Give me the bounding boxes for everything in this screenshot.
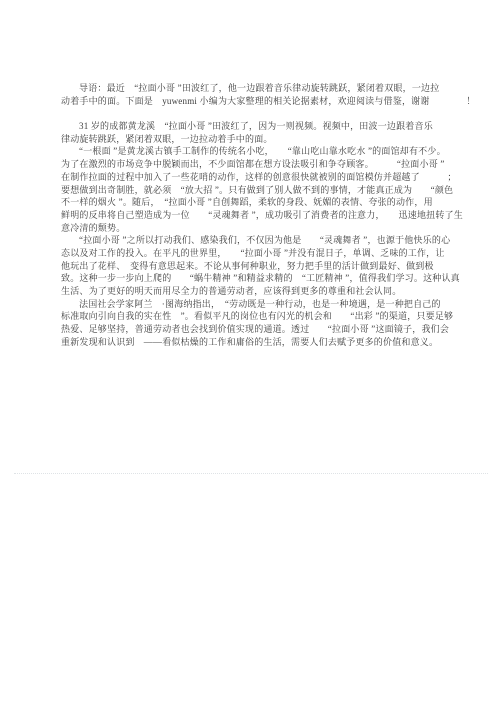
document-body: 导语：最近 “拉面小哥 ”田波红了，他一边跟着音乐律动旋转跳跃，紧闭着双眼，一边…	[61, 82, 441, 348]
paragraph: 法国社会学家阿兰 ·图海纳指出， “劳动既是一种行动，也是一种境遇，是一种把自己…	[61, 298, 441, 349]
paragraph: 31 岁的成都黄龙溪 “拉面小哥 ”田波红了，因为一则视频。视频中，田波一边跟着…	[61, 120, 441, 145]
text-line: “拉面小哥 ”之所以打动我们、感染我们，不仅因为他是 “灵魂舞者 ”，也源于他快…	[61, 234, 441, 247]
text-line: 为了在激烈的市场竞争中脱颖而出，不少面馆都在想方设法吸引和争夺顾客。 “拉面小哥…	[61, 158, 441, 171]
text-line: 要想做到出奇制胜，就必须 “放大招 ”。只有做到了别人做不到的事情，才能真正成为…	[61, 184, 441, 197]
text-line: 动着手中的面。下面是 yuwenmi 小编为大家整理的相关论据素材，欢迎阅读与借…	[61, 95, 441, 108]
paragraph: “一根面 ”是黄龙溪古镇手工制作的传统名小吃， “靠山吃山靠水吃水 ”的面馆却有…	[61, 145, 441, 234]
text-line: 致。这种一步一步向上爬的 “蜗牛精神 ”和精益求精的 “工匠精神 ”，值得我们学…	[61, 272, 441, 285]
text-line: 鲜明的反串将自己塑造成为一位 “灵魂舞者 ”，成功吸引了消费者的注意力， 迅速地…	[61, 209, 441, 222]
text-line: 意冷清的颓势。	[61, 222, 441, 235]
text-line: 他玩出了花样、 变得有意思起来。不论从事何种职业，努力把手里的活计做到最好、做到…	[61, 260, 441, 273]
text-line: 态以及对工作的投入。在平凡的世界里， “拉面小哥 ”并没有混日子，单调、乏味的工…	[61, 247, 441, 260]
paragraph: 导语：最近 “拉面小哥 ”田波红了，他一边跟着音乐律动旋转跳跃，紧闭着双眼，一边…	[61, 82, 441, 107]
text-line: 重新发现和认识到 ——看似枯燥的工作和庸俗的生活，需要人们去赋予更多的价值和意义…	[61, 336, 441, 349]
dotted-divider	[14, 473, 488, 474]
text-line: 标准取向引向自我的实在性 ”。看似平凡的岗位也有闪光的机会和 “出彩 ”的渠道，…	[61, 310, 441, 323]
text-line: 不一样的烟火 ”。随后， “拉面小哥 ”自创舞蹈，柔软的身段、妩媚的表情、夸张的…	[61, 196, 441, 209]
text-line: 法国社会学家阿兰 ·图海纳指出， “劳动既是一种行动，也是一种境遇，是一种把自己…	[61, 298, 441, 311]
text-line: 31 岁的成都黄龙溪 “拉面小哥 ”田波红了，因为一则视频。视频中，田波一边跟着…	[61, 120, 441, 133]
paragraph: “拉面小哥 ”之所以打动我们、感染我们，不仅因为他是 “灵魂舞者 ”，也源于他快…	[61, 234, 441, 297]
text-line: “一根面 ”是黄龙溪古镇手工制作的传统名小吃， “靠山吃山靠水吃水 ”的面馆却有…	[61, 145, 441, 158]
text-line: 热爱、足够坚持，普通劳动者也会找到价值实现的通道。透过 “拉面小哥 ”这面镜子，…	[61, 323, 441, 336]
text-line: 律动旋转跳跃，紧闭着双眼，一边拉动着手中的面。	[61, 133, 441, 146]
document-page: 导语：最近 “拉面小哥 ”田波红了，他一边跟着音乐律动旋转跳跃，紧闭着双眼，一边…	[0, 0, 500, 708]
text-line: 导语：最近 “拉面小哥 ”田波红了，他一边跟着音乐律动旋转跳跃，紧闭着双眼，一边…	[61, 82, 441, 95]
text-line: 在制作拉面的过程中加入了一些花哨的动作，这样的创意很快就被别的面馆模仿并超越了 …	[61, 171, 441, 184]
text-line: 生活、为了更好的明天而用尽全力的普通劳动者，应该得到更多的尊重和社会认同。	[61, 285, 441, 298]
